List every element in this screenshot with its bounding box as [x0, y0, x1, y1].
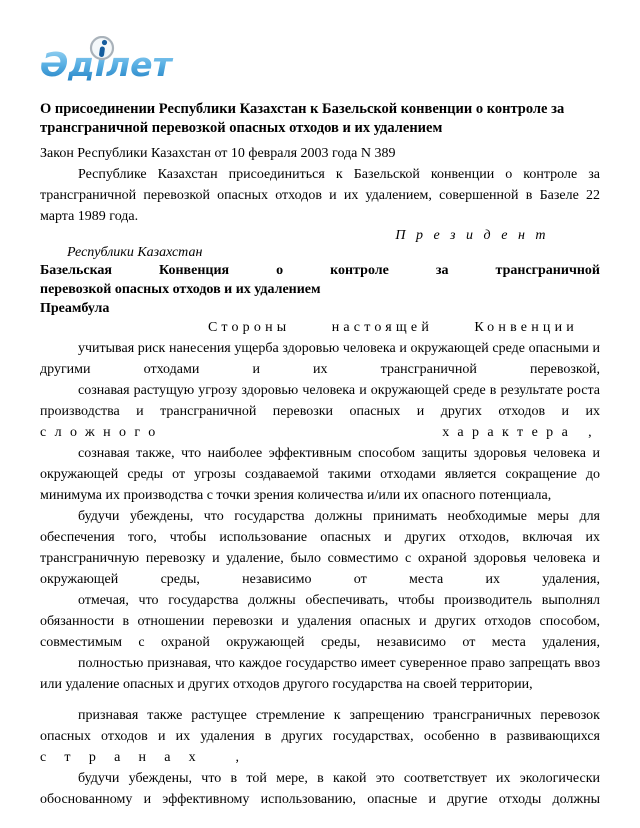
adilet-logo-icon: Әділет: [40, 36, 190, 82]
parties-word: настоящей: [332, 318, 433, 338]
preamble-paragraph-otmechaya: отмечая, что государства должны обеспечи…: [40, 590, 600, 653]
president-signature-label: Президент: [40, 227, 600, 244]
heading-word: контроле: [330, 261, 389, 280]
adilet-logo[interactable]: Әділет: [40, 36, 190, 82]
accession-paragraph: Республике Казахстан присоединиться к Ба…: [40, 164, 600, 227]
preamble-paragraph-buduchi: будучи убеждены, что государства должны …: [40, 506, 600, 590]
heading-word: Конвенция: [159, 261, 229, 280]
convention-heading-line2: перевозкой опасных отходов и их удаление…: [40, 280, 600, 299]
preamble-paragraph-buduchi2: будучи убеждены, что в той мере, в какой…: [40, 768, 600, 810]
spread-line-slozhnogo: сложного характера ,: [40, 422, 600, 443]
spread-line-stranakh: странах ,: [40, 747, 600, 768]
heading-word: за: [436, 261, 449, 280]
preamble-paragraph-priznavaya: признавая также растущее стремление к за…: [40, 705, 600, 747]
preamble-paragraph-soznavaya-takzhe: сознавая также, что наиболее эффективным…: [40, 443, 600, 506]
parties-line: Стороны настоящей Конвенции: [40, 318, 600, 338]
document-page: Әділет О присоединении Республики Казахс…: [0, 0, 640, 828]
document-title: О присоединении Республики Казахстан к Б…: [40, 100, 600, 138]
parties-word: Стороны: [208, 318, 290, 338]
law-reference-line: Закон Республики Казахстан от 10 февраля…: [40, 143, 600, 164]
preamble-heading: Преамбула: [40, 299, 600, 318]
president-signature-sub: Республики Казахстан: [40, 244, 600, 261]
heading-word: трансграничной: [496, 261, 600, 280]
preamble-paragraph-soznavaya: сознавая растущую угрозу здоровью челове…: [40, 380, 600, 422]
heading-word: Базельская: [40, 261, 112, 280]
heading-word: о: [276, 261, 283, 280]
spread-left: сложного: [40, 422, 164, 443]
preamble-paragraph-polnostyu: полностью признавая, что каждое государс…: [40, 653, 600, 695]
convention-heading-line1: Базельская Конвенция о контроле за транс…: [40, 261, 600, 280]
parties-word: Конвенции: [474, 318, 578, 338]
preamble-paragraph-uchityvaya: учитывая риск нанесения ущерба здоровью …: [40, 338, 600, 380]
spread-right: характера ,: [442, 422, 600, 443]
